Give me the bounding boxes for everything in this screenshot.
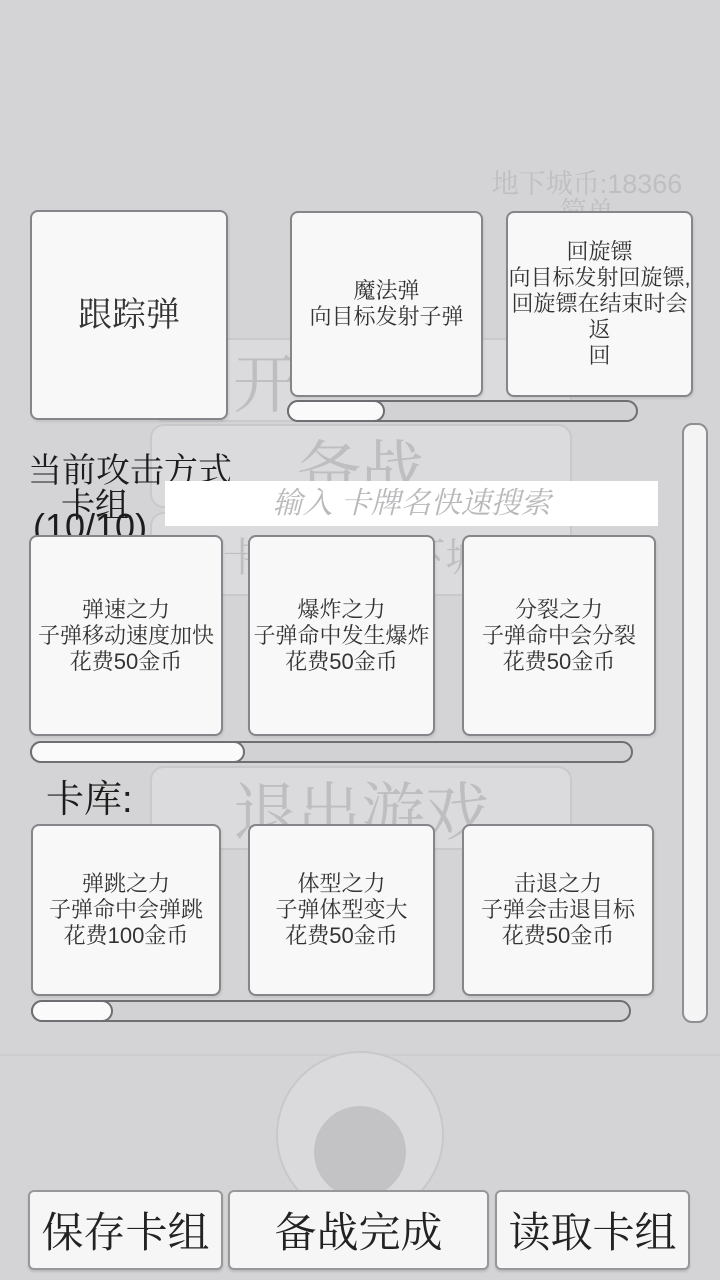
attack-row-scrollbar-thumb[interactable] (287, 400, 385, 422)
card-title: 击退之力 (464, 871, 652, 897)
library-card[interactable]: 击退之力 子弹会击退目标 花费50金币 (462, 824, 654, 996)
card-title: 弹跳之力 (33, 871, 219, 897)
vertical-scrollbar[interactable] (682, 423, 708, 1023)
card-title: 魔法弹 (292, 278, 481, 304)
card-effect: 子弹命中会弹跳 (33, 897, 219, 923)
library-row-scrollbar-thumb[interactable] (31, 1000, 113, 1022)
prepare-done-label: 备战完成 (274, 1200, 442, 1260)
card-search-input[interactable] (165, 481, 658, 526)
library-label: 卡库: (46, 768, 133, 823)
card-cost: 花费50金币 (250, 923, 433, 949)
card-effect: 子弹移动速度加快 (31, 623, 221, 649)
card-desc: 回 (508, 343, 691, 369)
save-deck-button[interactable]: 保存卡组 (28, 1190, 223, 1270)
card-effect: 子弹命中发生爆炸 (250, 623, 433, 649)
card-desc: 回旋镖在结束时会返 (508, 291, 691, 343)
card-effect: 子弹会击退目标 (464, 897, 652, 923)
card-cost: 花费50金币 (31, 649, 221, 675)
card-cost: 花费50金币 (250, 649, 433, 675)
card-title: 回旋镖 (508, 239, 691, 265)
library-card[interactable]: 体型之力 子弹体型变大 花费50金币 (248, 824, 435, 996)
save-deck-label: 保存卡组 (41, 1200, 209, 1260)
card-title: 分裂之力 (464, 597, 654, 623)
card-effect: 子弹体型变大 (250, 897, 433, 923)
attack-option-card-magic[interactable]: 魔法弹 向目标发射子弹 (290, 211, 483, 397)
deck-row-scrollbar-thumb[interactable] (30, 741, 245, 763)
card-title: 跟踪弹 (32, 302, 226, 328)
deck-card[interactable]: 爆炸之力 子弹命中发生爆炸 花费50金币 (248, 535, 435, 736)
deck-card[interactable]: 分裂之力 子弹命中会分裂 花费50金币 (462, 535, 656, 736)
prepare-done-button[interactable]: 备战完成 (228, 1190, 489, 1270)
card-desc: 向目标发射回旋镖, (508, 265, 691, 291)
load-deck-label: 读取卡组 (508, 1200, 676, 1260)
deck-card[interactable]: 弹速之力 子弹移动速度加快 花费50金币 (29, 535, 223, 736)
current-attack-card[interactable]: 跟踪弹 (30, 210, 228, 420)
load-deck-button[interactable]: 读取卡组 (495, 1190, 690, 1270)
joystick-knob (314, 1106, 406, 1198)
card-desc: 向目标发射子弹 (292, 304, 481, 330)
attack-option-card-boomerang[interactable]: 回旋镖 向目标发射回旋镖, 回旋镖在结束时会返 回 (506, 211, 693, 397)
library-card[interactable]: 弹跳之力 子弹命中会弹跳 花费100金币 (31, 824, 221, 996)
card-title: 体型之力 (250, 871, 433, 897)
card-cost: 花费50金币 (464, 649, 654, 675)
card-cost: 花费100金币 (33, 923, 219, 949)
card-title: 爆炸之力 (250, 597, 433, 623)
card-title: 弹速之力 (31, 597, 221, 623)
card-effect: 子弹命中会分裂 (464, 623, 654, 649)
card-cost: 花费50金币 (464, 923, 652, 949)
game-screen: 地下城币:18366 简单 开 备战 抽卡(1000地下城币) 退出游戏 跟踪弹… (0, 0, 720, 1280)
library-row-scrollbar-track[interactable] (31, 1000, 631, 1022)
